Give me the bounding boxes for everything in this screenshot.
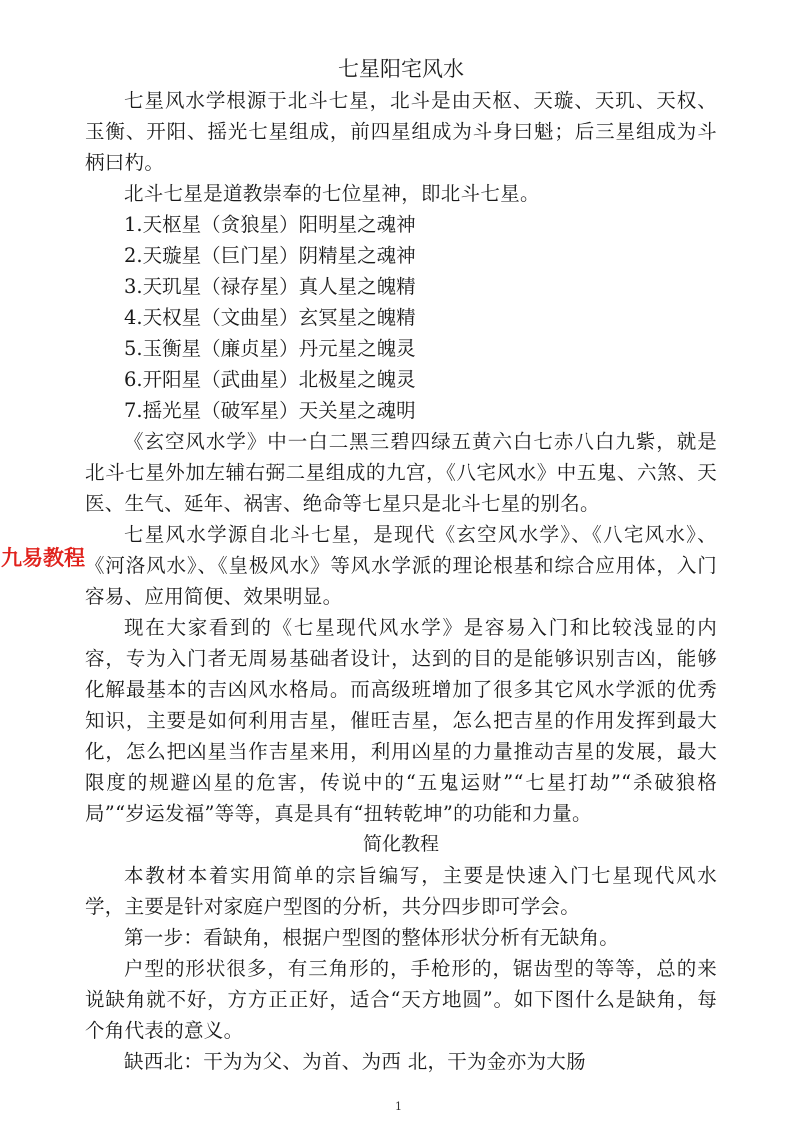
paragraph: 缺西北：干为为父、为首、为西 北，干为金亦为大肠: [85, 1046, 717, 1077]
paragraph: 北斗七星是道教崇奉的七位星神，即北斗七星。: [85, 178, 717, 209]
list-item: 7.摇光星（破军星）天关星之魂明: [85, 395, 717, 426]
list-item: 6.开阳星（武曲星）北极星之魄灵: [85, 364, 717, 395]
paragraph: 本教材本着实用简单的宗旨编写，主要是快速入门七星现代风水学，主要是针对家庭户型图…: [85, 860, 717, 922]
watermark-logo: 九易教程: [1, 545, 85, 571]
paragraph: 现在大家看到的《七星现代风水学》是容易入门和比较浅显的内容，专为入门者无周易基础…: [85, 612, 717, 829]
star-list: 1.天枢星（贪狼星）阳明星之魂神 2.天璇星（巨门星）阴精星之魂神 3.天玑星（…: [85, 209, 717, 426]
paragraph: 《玄空风水学》中一白二黑三碧四绿五黄六白七赤八白九紫，就是北斗七星外加左辅右弼二…: [85, 426, 717, 519]
section-title: 简化教程: [85, 829, 717, 860]
document-title: 七星阳宅风水: [85, 54, 717, 85]
paragraph: 七星风水学根源于北斗七星，北斗是由天枢、天璇、天玑、天权、玉衡、开阳、摇光七星组…: [85, 85, 717, 178]
paragraph: 第一步：看缺角，根据户型图的整体形状分析有无缺角。: [85, 922, 717, 953]
paragraph: 七星风水学源自北斗七星，是现代《玄空风水学》、《八宅风水》、《河洛风水》、《皇极…: [85, 519, 717, 612]
document-page: 七星阳宅风水 七星风水学根源于北斗七星，北斗是由天枢、天璇、天玑、天权、玉衡、开…: [85, 54, 717, 1077]
list-item: 4.天权星（文曲星）玄冥星之魄精: [85, 302, 717, 333]
list-item: 5.玉衡星（廉贞星）丹元星之魄灵: [85, 333, 717, 364]
list-item: 1.天枢星（贪狼星）阳明星之魂神: [85, 209, 717, 240]
page-number: 1: [395, 1100, 402, 1113]
list-item: 3.天玑星（禄存星）真人星之魄精: [85, 271, 717, 302]
paragraph: 户型的形状很多，有三角形的，手枪形的，锯齿型的等等，总的来说缺角就不好，方方正正…: [85, 953, 717, 1046]
list-item: 2.天璇星（巨门星）阴精星之魂神: [85, 240, 717, 271]
